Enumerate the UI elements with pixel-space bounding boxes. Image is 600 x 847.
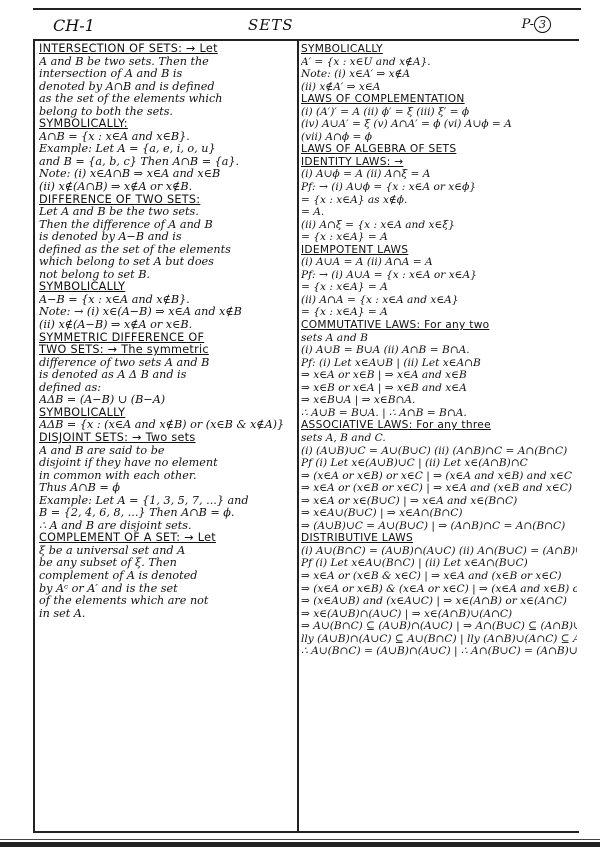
content-box: INTERSECTION OF SETS: → LetA and B be tw… bbox=[33, 39, 579, 833]
line-text: AΔB = {x : (x∈A and x∉B) or (x∈B & x∉A)} bbox=[39, 418, 284, 431]
line-text: (i) A∪(B∩C) = (A∪B)∩(A∪C) (ii) A∩(B∪C) =… bbox=[301, 545, 577, 557]
line-text: Thus A∩B = ϕ bbox=[39, 481, 120, 494]
page-number: P-3 bbox=[522, 16, 551, 33]
line-text: defined as the set of the elements bbox=[39, 243, 231, 256]
line-text: (ii) x∉(A−B) ⇒ x∉A or x∈B. bbox=[39, 318, 192, 331]
line-text: ⇒ (A∪B)∪C = A∪(B∪C) | ⇒ (A∩B)∩C = A∩(B∩C… bbox=[301, 520, 565, 532]
line-text: is denoted by A−B and is bbox=[39, 230, 182, 243]
line-text: ⇒ (x∈A or x∈B) & (x∈A or x∈C) | ⇒ (x∈A a… bbox=[301, 583, 577, 595]
line-text: (ii) A∩ξ = {x : x∈A and x∈ξ} bbox=[301, 219, 455, 231]
text-line: ⇒ x∈(A∪B)∩(A∪C) | ⇒ x∈(A∩B)∪(A∩C) bbox=[301, 608, 577, 621]
line-text: ⇒ x∈A or x∈(B∪C) | ⇒ x∈A and x∈(B∩C) bbox=[301, 495, 517, 507]
line-text: ∴ A∪(B∩C) = (A∪B)∩(A∪C) | ∴ A∩(B∪C) = (A… bbox=[301, 645, 577, 657]
text-line: (i) A∪B = B∪A (ii) A∩B = B∩A. bbox=[301, 344, 577, 357]
line-text: (ii) x∉(A∩B) ⇒ x∉A or x∉B. bbox=[39, 180, 192, 193]
line-text: ⇒ x∈A or (x∈B & x∈C) | ⇒ x∈A and (x∈B or… bbox=[301, 570, 561, 582]
line-text: which belong to set A but does bbox=[39, 255, 214, 268]
text-line: ∴ A∪B = B∪A. | ∴ A∩B = B∩A. bbox=[301, 407, 577, 420]
line-text: A−B = {x : x∈A and x∉B}. bbox=[39, 293, 190, 306]
line-text: intersection of A and B is bbox=[39, 67, 182, 80]
text-line: (i) (A′)′ = A (ii) ϕ′ = ξ (iii) ξ′ = ϕ bbox=[301, 106, 577, 119]
line-text: LAWS OF COMPLEMENTATION bbox=[301, 93, 465, 105]
line-text: COMPLEMENT OF A SET: → Let bbox=[39, 531, 216, 544]
line-text: B = {2, 4, 6, 8, ...} Then A∩B = ϕ. bbox=[39, 506, 234, 519]
section-heading: LAWS OF COMPLEMENTATION bbox=[301, 93, 577, 106]
line-text: in common with each other. bbox=[39, 469, 197, 482]
text-line: Pf (i) Let x∈(A∪B)∪C | (ii) Let x∈(A∩B)∩… bbox=[301, 457, 577, 470]
text-line: = A. bbox=[301, 206, 577, 219]
line-text: = {x : x∈A} = A bbox=[301, 231, 388, 243]
line-text: (i) A∪ϕ = A (ii) A∩ξ = A bbox=[301, 168, 430, 180]
line-text: SYMBOLICALLY bbox=[39, 280, 125, 293]
text-line: A′ = {x : x∈U and x∉A}. bbox=[301, 56, 577, 69]
text-line: (i) A∪A = A (ii) A∩A = A bbox=[301, 256, 577, 269]
text-line: = {x : x∈A} as x∉ϕ. bbox=[301, 194, 577, 207]
line-text: LAWS OF ALGEBRA OF SETS bbox=[301, 143, 456, 155]
text-line: ⇒ (A∪B)∪C = A∪(B∪C) | ⇒ (A∩B)∩C = A∩(B∩C… bbox=[301, 520, 577, 533]
line-text: A′ = {x : x∈U and x∉A}. bbox=[301, 56, 431, 68]
line-text: difference of two sets A and B bbox=[39, 356, 209, 369]
scan-bottom-edge bbox=[0, 842, 600, 847]
line-text: Pf: (i) Let x∈A∪B | (ii) Let x∈A∩B bbox=[301, 357, 481, 369]
line-text: Then the difference of A and B bbox=[39, 218, 213, 231]
line-text: Example: Let A = {1, 3, 5, 7, ...} and bbox=[39, 494, 249, 507]
text-line: (iv) A∪A′ = ξ (v) A∩A′ = ϕ (vi) A∪ϕ = A bbox=[301, 118, 577, 131]
line-text: complement of A is denoted bbox=[39, 569, 197, 582]
line-text: = A. bbox=[301, 206, 324, 218]
right-column: SYMBOLICALLYA′ = {x : x∈U and x∉A}.Note:… bbox=[301, 43, 577, 658]
page-header: CH-1 SETS P-3 bbox=[33, 12, 581, 38]
line-text: (vii) A∩ϕ = ϕ bbox=[301, 131, 372, 143]
line-text: Pf: → (i) A∪ϕ = {x : x∈A or x∈ϕ} bbox=[301, 181, 476, 193]
text-line: (i) A∪(B∩C) = (A∪B)∩(A∪C) (ii) A∩(B∪C) =… bbox=[301, 545, 577, 558]
text-line: ⇒ x∈A∪(B∪C) | ⇒ x∈A∩(B∩C) bbox=[301, 507, 577, 520]
line-text: is denoted as A Δ B and is bbox=[39, 368, 186, 381]
section-heading: DISTRIBUTIVE LAWS bbox=[301, 532, 577, 545]
note-line: Note: (i) x∈A′ ⇒ x∉A bbox=[301, 68, 577, 81]
line-text: ⇒ x∈(A∪B)∩(A∪C) | ⇒ x∈(A∩B)∪(A∩C) bbox=[301, 608, 512, 620]
line-text: (i) A∪B = B∪A (ii) A∩B = B∩A. bbox=[301, 344, 470, 356]
section-heading: IDEMPOTENT LAWS bbox=[301, 244, 577, 257]
text-line: ⇒ x∈A or (x∈B or x∈C) | ⇒ x∈A and (x∈B a… bbox=[301, 482, 577, 495]
line-text: (i) A∪A = A (ii) A∩A = A bbox=[301, 256, 433, 268]
text-line: ⇒ x∈A or x∈(B∪C) | ⇒ x∈A and x∈(B∩C) bbox=[301, 495, 577, 508]
line-text: A and B be two sets. Then the bbox=[39, 55, 209, 68]
line-text: Note: (i) x∈A∩B ⇒ x∈A and x∈B bbox=[39, 167, 220, 180]
line-text: A and B are said to be bbox=[39, 444, 164, 457]
line-text: defined as: bbox=[39, 381, 101, 394]
chapter-label: CH-1 bbox=[53, 16, 95, 35]
line-text: ⇒ x∈B or x∈A | ⇒ x∈B and x∈A bbox=[301, 382, 467, 394]
line-text: DISJOINT SETS: → Two sets bbox=[39, 431, 196, 444]
line-text: in set A. bbox=[39, 607, 85, 620]
line-text: (i) (A∪B)∪C = A∪(B∪C) (ii) (A∩B)∩C = A∩(… bbox=[301, 445, 567, 457]
line-text: ASSOCIATIVE LAWS: For any three bbox=[301, 419, 491, 431]
line-text: sets A and B bbox=[301, 332, 368, 344]
line-text: ⇒ x∈A∪(B∪C) | ⇒ x∈A∩(B∩C) bbox=[301, 507, 463, 519]
line-text: be any subset of ξ. Then bbox=[39, 556, 177, 569]
text-line: (vii) A∩ϕ = ϕ bbox=[301, 131, 577, 144]
line-text: IDEMPOTENT LAWS bbox=[301, 244, 408, 256]
text-line: ⇒ x∈B or x∈A | ⇒ x∈B and x∈A bbox=[301, 382, 577, 395]
line-text: (ii) A∩A = {x : x∈A and x∈A} bbox=[301, 294, 459, 306]
line-text: TWO SETS: → The symmetric bbox=[39, 343, 209, 356]
line-text: IDENTITY LAWS: → bbox=[301, 156, 403, 168]
page-number-circle: 3 bbox=[534, 16, 551, 33]
line-text: and B = {a, b, c} Then A∩B = {a}. bbox=[39, 155, 239, 168]
section-heading: LAWS OF ALGEBRA OF SETS bbox=[301, 143, 577, 156]
line-text: ⇒ A∪(B∩C) ⊆ (A∪B)∩(A∪C) | ⇒ A∩(B∪C) ⊆ (A… bbox=[301, 620, 577, 632]
text-line: (ii) x∉A′ ⇒ x∈A bbox=[301, 81, 577, 94]
line-text: belong to both the sets. bbox=[39, 105, 173, 118]
text-line: = {x : x∈A} = A bbox=[301, 306, 577, 319]
text-line: ⇒ (x∈A or x∈B) & (x∈A or x∈C) | ⇒ (x∈A a… bbox=[301, 583, 577, 596]
text-line: in set A. bbox=[39, 608, 295, 621]
text-line: ⇒ A∪(B∩C) ⊆ (A∪B)∩(A∪C) | ⇒ A∩(B∪C) ⊆ (A… bbox=[301, 620, 577, 633]
text-line: Pf: → (i) A∪ϕ = {x : x∈A or x∈ϕ} bbox=[301, 181, 577, 194]
line-text: Let A and B be the two sets. bbox=[39, 205, 199, 218]
line-text: ⇒ x∈A or x∈B | ⇒ x∈A and x∈B bbox=[301, 369, 467, 381]
line-text: INTERSECTION OF SETS: → Let bbox=[39, 43, 218, 55]
line-text: denoted by A∩B and is defined bbox=[39, 80, 215, 93]
line-text: (ii) x∉A′ ⇒ x∈A bbox=[301, 81, 380, 93]
text-line: Pf: (i) Let x∈A∪B | (ii) Let x∈A∩B bbox=[301, 357, 577, 370]
text-line: Pf: → (i) A∪A = {x : x∈A or x∈A} bbox=[301, 269, 577, 282]
line-text: Pf: → (i) A∪A = {x : x∈A or x∈A} bbox=[301, 269, 477, 281]
line-text: ⇒ x∈B∪A | ⇒ x∈B∩A. bbox=[301, 394, 415, 406]
line-text: AΔB = (A−B) ∪ (B−A) bbox=[39, 393, 165, 406]
text-line: (i) (A∪B)∪C = A∪(B∪C) (ii) (A∩B)∩C = A∩(… bbox=[301, 445, 577, 458]
section-heading: IDENTITY LAWS: → bbox=[301, 156, 577, 169]
text-line: (i) A∪ϕ = A (ii) A∩ξ = A bbox=[301, 168, 577, 181]
line-text: ⇒ (x∈A or x∈B) or x∈C | ⇒ (x∈A and x∈B) … bbox=[301, 470, 572, 482]
column-divider bbox=[297, 41, 299, 831]
notes-page: CH-1 SETS P-3 INTERSECTION OF SETS: → Le… bbox=[33, 8, 581, 835]
line-text: DIFFERENCE OF TWO SETS: bbox=[39, 193, 200, 206]
text-line: = {x : x∈A} = A bbox=[301, 281, 577, 294]
line-text: (iv) A∪A′ = ξ (v) A∩A′ = ϕ (vi) A∪ϕ = A bbox=[301, 118, 512, 130]
line-text: Pf (i) Let x∈A∪(B∩C) | (ii) Let x∈A∩(B∪C… bbox=[301, 557, 528, 569]
line-text: disjoint if they have no element bbox=[39, 456, 218, 469]
text-line: ⇒ (x∈A or x∈B) or x∈C | ⇒ (x∈A and x∈B) … bbox=[301, 470, 577, 483]
line-text: Note: (i) x∈A′ ⇒ x∉A bbox=[301, 68, 410, 80]
line-text: ∴ A and B are disjoint sets. bbox=[39, 519, 192, 532]
top-border bbox=[33, 8, 581, 10]
line-text: SYMBOLICALLY: bbox=[39, 117, 128, 130]
scan-edge-line bbox=[0, 839, 600, 840]
line-text: ξ be a universal set and A bbox=[39, 544, 185, 557]
line-text: by Aᶜ or A′ and is the set bbox=[39, 582, 178, 595]
page-title: SETS bbox=[248, 16, 294, 34]
section-heading: COMMUTATIVE LAWS: For any two bbox=[301, 319, 577, 332]
line-text: ∴ A∪B = B∪A. | ∴ A∩B = B∩A. bbox=[301, 407, 467, 419]
page-prefix: P- bbox=[522, 17, 534, 32]
left-column: INTERSECTION OF SETS: → LetA and B be tw… bbox=[39, 43, 295, 620]
text-line: (ii) A∩A = {x : x∈A and x∈A} bbox=[301, 294, 577, 307]
text-line: ⇒ x∈B∪A | ⇒ x∈B∩A. bbox=[301, 394, 577, 407]
line-text: Pf (i) Let x∈(A∪B)∪C | (ii) Let x∈(A∩B)∩… bbox=[301, 457, 528, 469]
line-text: SYMBOLICALLY bbox=[301, 43, 383, 55]
line-text: DISTRIBUTIVE LAWS bbox=[301, 532, 413, 544]
line-text: of the elements which are not bbox=[39, 594, 208, 607]
section-heading: ASSOCIATIVE LAWS: For any three bbox=[301, 419, 577, 432]
line-text: ⇒ x∈A or (x∈B or x∈C) | ⇒ x∈A and (x∈B a… bbox=[301, 482, 572, 494]
line-text: COMMUTATIVE LAWS: For any two bbox=[301, 319, 489, 331]
text-line: ∴ A∪(B∩C) = (A∪B)∩(A∪C) | ∴ A∩(B∪C) = (A… bbox=[301, 645, 577, 658]
line-text: not belong to set B. bbox=[39, 268, 150, 281]
line-text: = {x : x∈A} = A bbox=[301, 281, 388, 293]
line-text: SYMMETRIC DIFFERENCE OF bbox=[39, 331, 204, 344]
text-line: Pf (i) Let x∈A∪(B∩C) | (ii) Let x∈A∩(B∪C… bbox=[301, 557, 577, 570]
line-text: ⇒ (x∈A∪B) and (x∈A∪C) | ⇒ x∈(A∩B) or x∈(… bbox=[301, 595, 567, 607]
text-line: ⇒ (x∈A∪B) and (x∈A∪C) | ⇒ x∈(A∩B) or x∈(… bbox=[301, 595, 577, 608]
line-text: as the set of the elements which bbox=[39, 92, 222, 105]
text-line: ⇒ x∈A or x∈B | ⇒ x∈A and x∈B bbox=[301, 369, 577, 382]
text-line: ⇒ x∈A or (x∈B & x∈C) | ⇒ x∈A and (x∈B or… bbox=[301, 570, 577, 583]
line-text: = {x : x∈A} = A bbox=[301, 306, 388, 318]
line-text: (i) (A′)′ = A (ii) ϕ′ = ξ (iii) ξ′ = ϕ bbox=[301, 106, 469, 118]
text-line: sets A, B and C. bbox=[301, 432, 577, 445]
text-line: lly (A∪B)∩(A∪C) ⊆ A∪(B∩C) | lly (A∩B)∪(A… bbox=[301, 633, 577, 646]
line-text: = {x : x∈A} as x∉ϕ. bbox=[301, 194, 407, 206]
line-text: Example: Let A = {a, e, i, o, u} bbox=[39, 142, 216, 155]
line-text: A∩B = {x : x∈A and x∈B}. bbox=[39, 130, 190, 143]
text-line: = {x : x∈A} = A bbox=[301, 231, 577, 244]
text-line: sets A and B bbox=[301, 332, 577, 345]
line-text: Note: → (i) x∈(A−B) ⇒ x∈A and x∉B bbox=[39, 305, 242, 318]
text-line: (ii) A∩ξ = {x : x∈A and x∈ξ} bbox=[301, 219, 577, 232]
line-text: SYMBOLICALLY bbox=[39, 406, 125, 419]
section-heading: SYMBOLICALLY bbox=[301, 43, 577, 56]
line-text: sets A, B and C. bbox=[301, 432, 386, 444]
line-text: lly (A∪B)∩(A∪C) ⊆ A∪(B∩C) | lly (A∩B)∪(A… bbox=[301, 633, 577, 645]
